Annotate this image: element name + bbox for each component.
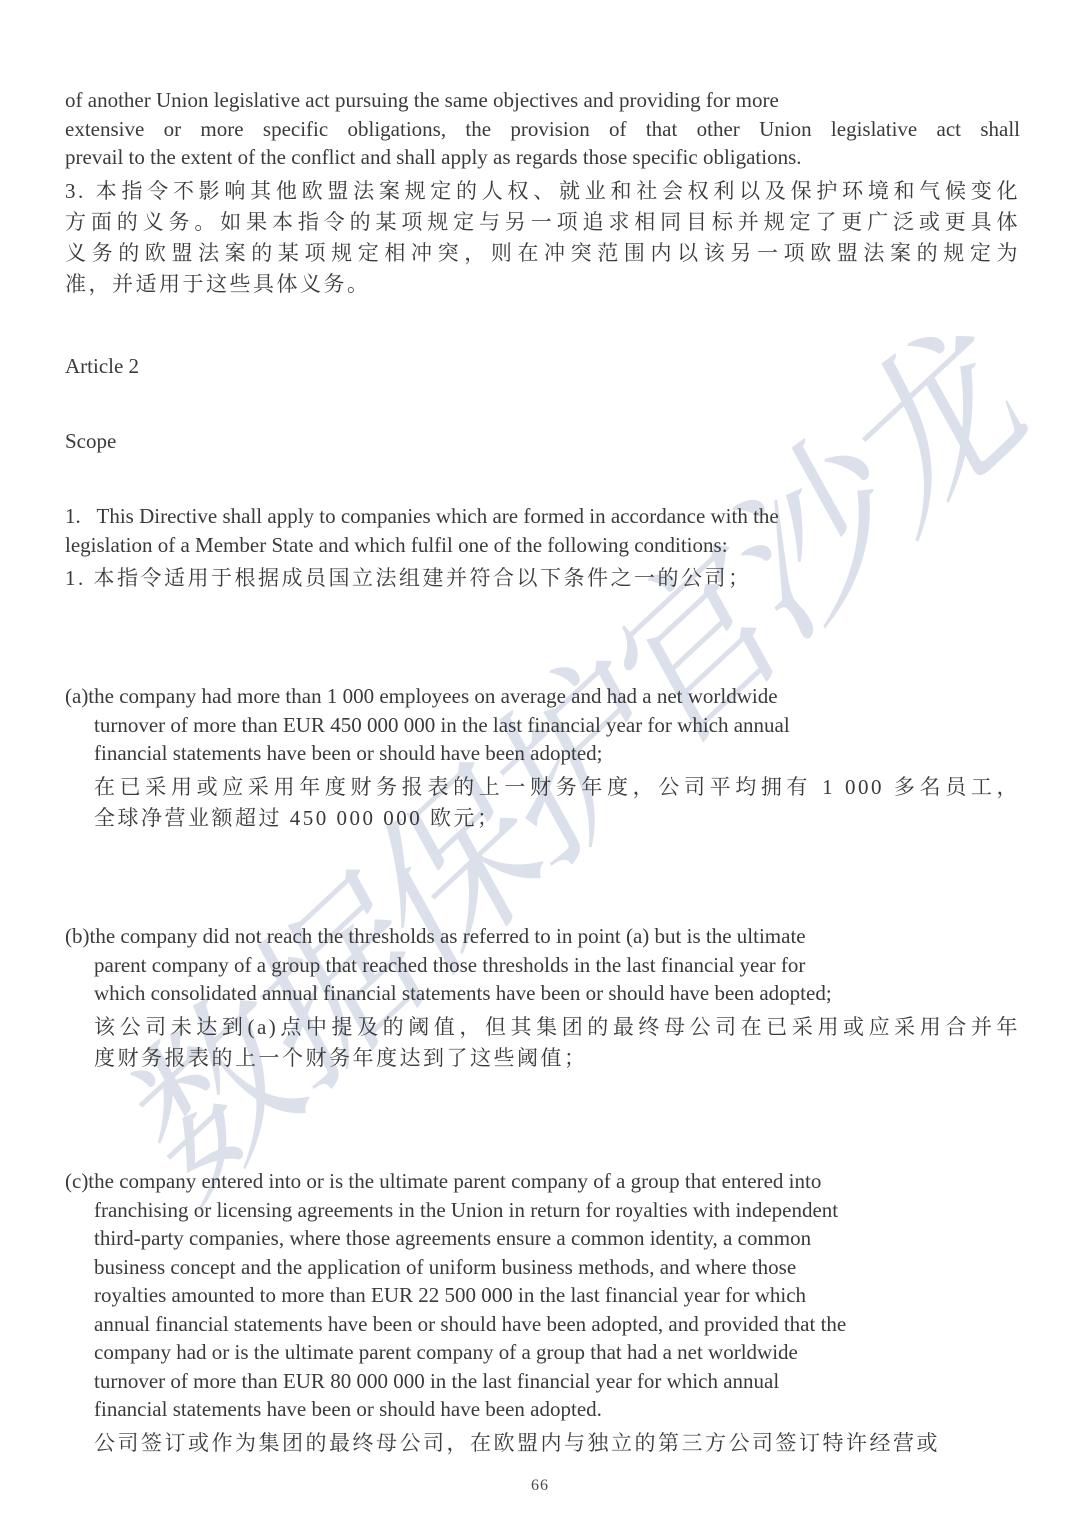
text-line: business concept and the application of … [65,1253,1020,1282]
text-line: third-party companies, where those agree… [65,1224,1020,1253]
text-line-zh: 该公司未达到(a)点中提及的阈值，但其集团的最终母公司在已采用或应采用合并年 [65,1012,1020,1043]
text-line: parent company of a group that reached t… [65,951,1020,980]
text-line-zh: 3. 本指令不影响其他欧盟法案规定的人权、就业和社会权利以及保护环境和气候变化 [65,176,1020,207]
text-line-zh: 公司签订或作为集团的最终母公司，在欧盟内与独立的第三方公司签订特许经营或 [65,1428,1020,1459]
text-line: of another Union legislative act pursuin… [65,86,1020,115]
text-line-zh: 方面的义务。如果本指令的某项规定与另一项追求相同目标并规定了更广泛或更具体 [65,207,1020,238]
text-line: which consolidated annual financial stat… [65,979,1020,1008]
text-line-zh: 全球净营业额超过 450 000 000 欧元； [65,803,1020,834]
text-line-zh: 准，并适用于这些具体义务。 [65,269,1020,300]
text-line: royalties amounted to more than EUR 22 5… [65,1281,1020,1310]
text-line: prevail to the extent of the conflict an… [65,143,1020,172]
text-line: financial statements have been or should… [65,739,1020,768]
article-2-scope: Scope [65,427,1020,456]
text-line: legislation of a Member State and which … [65,531,1020,560]
page-number: 66 [0,1477,1080,1495]
text-line: (b)the company did not reach the thresho… [65,922,1020,951]
point-b: (b)the company did not reach the thresho… [65,922,1020,1074]
document-page: 数据保护官沙龙 of another Union legislative act… [0,0,1080,1527]
text-line: financial statements have been or should… [65,1395,1020,1424]
text-line: (a)the company had more than 1 000 emplo… [65,682,1020,711]
text-line: 1. This Directive shall apply to compani… [65,502,1020,531]
text-line: annual financial statements have been or… [65,1310,1020,1339]
article-2-heading: Article 2 [65,352,1020,381]
paragraph-1: 1. This Directive shall apply to compani… [65,502,1020,594]
text-line-zh: 1. 本指令适用于根据成员国立法组建并符合以下条件之一的公司； [65,563,1020,594]
article-title: Article 2 [65,352,1020,381]
text-line: (c)the company entered into or is the ul… [65,1167,1020,1196]
text-line-zh: 义务的欧盟法案的某项规定相冲突，则在冲突范围内以该另一项欧盟法案的规定为 [65,238,1020,269]
text-line: franchising or licensing agreements in t… [65,1196,1020,1225]
text-line: company had or is the ultimate parent co… [65,1338,1020,1367]
text-line-zh: 在已采用或应采用年度财务报表的上一财务年度，公司平均拥有 1 000 多名员工， [65,772,1020,803]
paragraph-3: of another Union legislative act pursuin… [65,86,1020,300]
point-a: (a)the company had more than 1 000 emplo… [65,682,1020,834]
point-c: (c)the company entered into or is the ul… [65,1167,1020,1459]
text-line-zh: 度财务报表的上一个财务年度达到了这些阈值； [65,1043,1020,1074]
text-line: extensive or more specific obligations, … [65,115,1020,144]
article-subtitle: Scope [65,427,1020,456]
text-line: turnover of more than EUR 450 000 000 in… [65,711,1020,740]
text-line: turnover of more than EUR 80 000 000 in … [65,1367,1020,1396]
